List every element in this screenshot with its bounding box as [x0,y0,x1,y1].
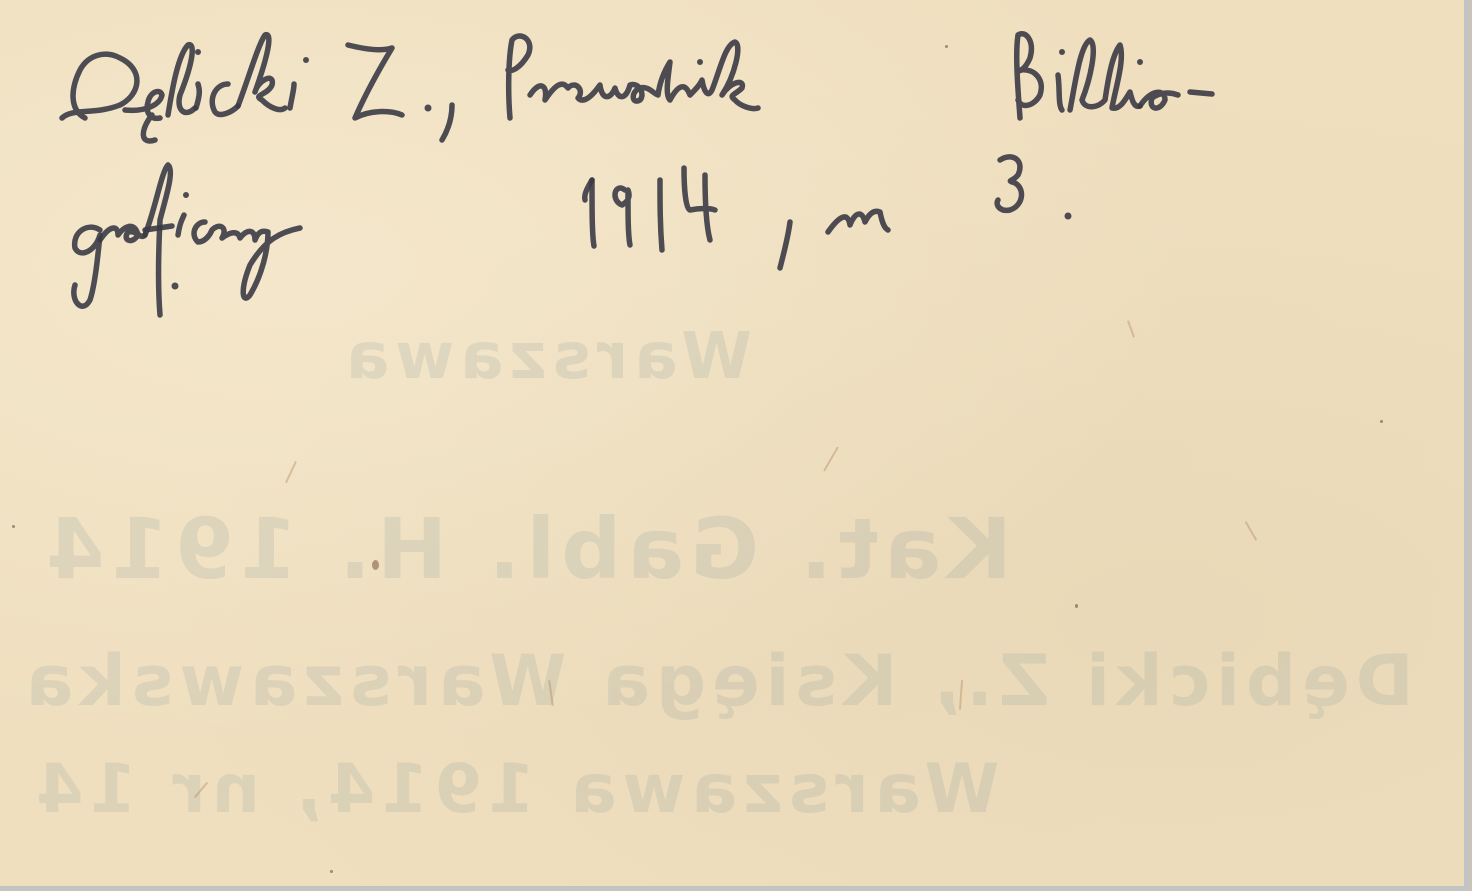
catalog-card: Warszawa Kat. Gabl. H. 1914 Dębicki Z., … [0,0,1468,890]
handwriting-strokes [0,0,1472,891]
